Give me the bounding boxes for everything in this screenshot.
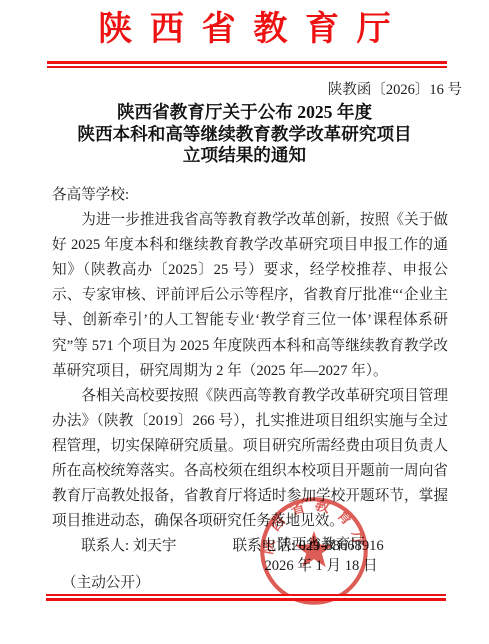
signature-agency: 陕西省教育厅 <box>236 535 406 556</box>
contact-person-label: 联系人: <box>81 538 133 554</box>
document-body: 各高等学校: 为进一步推进我省高等教育教学改革创新，按照《关于做好 2025 年… <box>52 183 448 559</box>
salutation: 各高等学校: <box>52 183 448 208</box>
body-paragraph-2: 各相关高校要按照《陕西高等教育教学改革研究项目管理办法》（陕教〔2019〕266… <box>52 384 448 535</box>
letterhead-divider <box>47 61 447 68</box>
document-title-line-1: 陕西省教育厅关于公布 2025 年度 <box>0 102 489 124</box>
letterhead-agency-name: 陕西省教育厅 <box>0 10 489 50</box>
official-document-page: 陕西省教育厅 陕教函〔2026〕16 号 陕西省教育厅关于公布 2025 年度 … <box>0 0 489 644</box>
footer-line-bottom <box>46 598 446 601</box>
document-title-line-2: 陕西本科和高等继续教育教学改革研究项目 <box>0 124 489 146</box>
signature-date: 2026 年 1 月 18 日 <box>236 556 406 577</box>
signature-block: 陕西省教育厅 2026 年 1 月 18 日 <box>236 535 406 577</box>
footer-divider <box>46 594 446 601</box>
contact-person-name: 刘天宇 <box>133 538 177 554</box>
document-title: 陕西省教育厅关于公布 2025 年度 陕西本科和高等继续教育教学改革研究项目 立… <box>0 102 489 167</box>
document-number: 陕教函〔2026〕16 号 <box>328 81 462 99</box>
document-title-line-3: 立项结果的通知 <box>0 145 489 167</box>
divider-line-bottom <box>47 66 447 68</box>
body-paragraph-1: 为进一步推进我省高等教育教学改革创新，按照《关于做好 2025 年度本科和继续教… <box>52 208 448 384</box>
disclosure-note: （主动公开） <box>62 571 150 592</box>
